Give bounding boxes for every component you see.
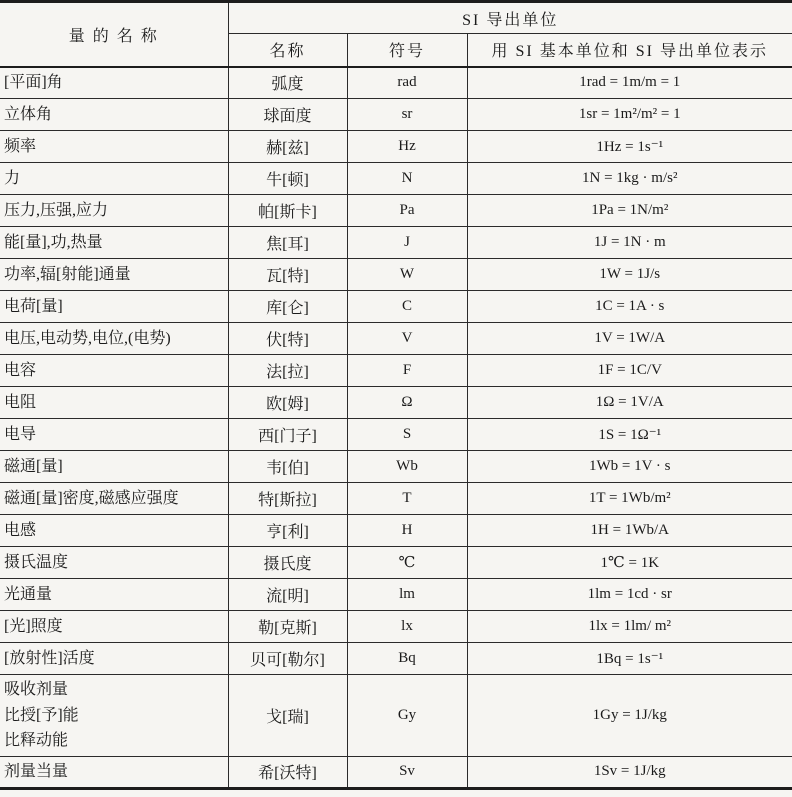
table-row: 频率 赫[兹] Hz 1Hz = 1s⁻¹ (0, 131, 792, 163)
unit-name-cell: 戈[瑞] (228, 675, 347, 757)
unit-expression-cell: 1W = 1J/s (467, 259, 792, 291)
scanned-page: 量 的 名 称 SI 导出单位 名称 符号 用 SI 基本单位和 SI 导出单位… (0, 0, 792, 797)
quantity-name-cell: 频率 (0, 131, 228, 163)
unit-symbol-cell: Wb (347, 451, 467, 483)
unit-symbol-cell: H (347, 515, 467, 547)
unit-symbol-cell: Ω (347, 387, 467, 419)
table-row: 磁通[量] 韦[伯] Wb 1Wb = 1V · s (0, 451, 792, 483)
si-derived-units-table: 量 的 名 称 SI 导出单位 名称 符号 用 SI 基本单位和 SI 导出单位… (0, 0, 792, 790)
quantity-name-cell: 磁通[量]密度,磁感应强度 (0, 483, 228, 515)
unit-expression-cell: 1C = 1A · s (467, 291, 792, 323)
table-row: 摄氏温度 摄氏度 ℃ 1℃ = 1K (0, 547, 792, 579)
header-unit-symbol: 符号 (347, 34, 467, 67)
header-unit-name: 名称 (228, 34, 347, 67)
unit-symbol-cell: lx (347, 611, 467, 643)
unit-name-cell: 弧度 (228, 67, 347, 99)
quantity-name-cell: [光]照度 (0, 611, 228, 643)
unit-symbol-cell: ℃ (347, 547, 467, 579)
unit-name-cell: 流[明] (228, 579, 347, 611)
table-row: 能[量],功,热量 焦[耳] J 1J = 1N · m (0, 227, 792, 259)
quantity-name-cell: 剂量当量 (0, 756, 228, 788)
unit-expression-cell: 1℃ = 1K (467, 547, 792, 579)
table-row: 电容 法[拉] F 1F = 1C/V (0, 355, 792, 387)
table-row: [平面]角 弧度 rad 1rad = 1m/m = 1 (0, 67, 792, 99)
unit-symbol-cell: V (347, 323, 467, 355)
unit-name-cell: 赫[兹] (228, 131, 347, 163)
unit-name-cell: 西[门子] (228, 419, 347, 451)
table-row: [放射性]活度 贝可[勒尔] Bq 1Bq = 1s⁻¹ (0, 643, 792, 675)
unit-name-cell: 贝可[勒尔] (228, 643, 347, 675)
unit-symbol-cell: rad (347, 67, 467, 99)
quantity-name-cell: 电感 (0, 515, 228, 547)
unit-expression-cell: 1J = 1N · m (467, 227, 792, 259)
unit-symbol-cell: C (347, 291, 467, 323)
unit-name-cell: 瓦[特] (228, 259, 347, 291)
unit-name-cell: 亨[利] (228, 515, 347, 547)
header-si-derived-units-group: SI 导出单位 (228, 2, 792, 34)
table-row: 电压,电动势,电位,(电势) 伏[特] V 1V = 1W/A (0, 323, 792, 355)
unit-expression-cell: 1Hz = 1s⁻¹ (467, 131, 792, 163)
unit-symbol-cell: Gy (347, 675, 467, 757)
unit-expression-cell: 1Pa = 1N/m² (467, 195, 792, 227)
unit-name-cell: 牛[顿] (228, 163, 347, 195)
unit-symbol-cell: J (347, 227, 467, 259)
header-group-row: 量 的 名 称 SI 导出单位 (0, 2, 792, 34)
table-body: [平面]角 弧度 rad 1rad = 1m/m = 1 立体角 球面度 sr … (0, 67, 792, 789)
unit-expression-cell: 1Ω = 1V/A (467, 387, 792, 419)
quantity-name-cell: 电荷[量] (0, 291, 228, 323)
unit-symbol-cell: lm (347, 579, 467, 611)
unit-symbol-cell: N (347, 163, 467, 195)
unit-expression-cell: 1Gy = 1J/kg (467, 675, 792, 757)
unit-name-cell: 伏[特] (228, 323, 347, 355)
unit-expression-cell: 1H = 1Wb/A (467, 515, 792, 547)
unit-expression-cell: 1T = 1Wb/m² (467, 483, 792, 515)
unit-symbol-cell: Bq (347, 643, 467, 675)
unit-expression-cell: 1sr = 1m²/m² = 1 (467, 99, 792, 131)
unit-symbol-cell: Pa (347, 195, 467, 227)
unit-expression-cell: 1Bq = 1s⁻¹ (467, 643, 792, 675)
quantity-name-cell: 电导 (0, 419, 228, 451)
quantity-name-cell: 功率,辐[射能]通量 (0, 259, 228, 291)
quantity-name-cell: 电容 (0, 355, 228, 387)
quantity-name-cell: 能[量],功,热量 (0, 227, 228, 259)
quantity-name-cell: 吸收剂量 比授[予]能 比释动能 (0, 675, 228, 757)
table-row: 压力,压强,应力 帕[斯卡] Pa 1Pa = 1N/m² (0, 195, 792, 227)
unit-name-cell: 摄氏度 (228, 547, 347, 579)
table-row: 功率,辐[射能]通量 瓦[特] W 1W = 1J/s (0, 259, 792, 291)
table-row: 电导 西[门子] S 1S = 1Ω⁻¹ (0, 419, 792, 451)
header-quantity-name: 量 的 名 称 (0, 2, 228, 67)
unit-symbol-cell: S (347, 419, 467, 451)
quantity-name-cell: 力 (0, 163, 228, 195)
unit-name-cell: 帕[斯卡] (228, 195, 347, 227)
unit-symbol-cell: T (347, 483, 467, 515)
table-row: 立体角 球面度 sr 1sr = 1m²/m² = 1 (0, 99, 792, 131)
unit-name-cell: 特[斯拉] (228, 483, 347, 515)
unit-symbol-cell: sr (347, 99, 467, 131)
unit-name-cell: 勒[克斯] (228, 611, 347, 643)
quantity-name-cell: 光通量 (0, 579, 228, 611)
unit-symbol-cell: Sv (347, 756, 467, 788)
unit-expression-cell: 1F = 1C/V (467, 355, 792, 387)
table-row: 磁通[量]密度,磁感应强度 特[斯拉] T 1T = 1Wb/m² (0, 483, 792, 515)
quantity-name-cell: 电压,电动势,电位,(电势) (0, 323, 228, 355)
unit-expression-cell: 1lm = 1cd · sr (467, 579, 792, 611)
table-row: [光]照度 勒[克斯] lx 1lx = 1lm/ m² (0, 611, 792, 643)
unit-name-cell: 希[沃特] (228, 756, 347, 788)
unit-name-cell: 韦[伯] (228, 451, 347, 483)
table-row: 剂量当量 希[沃特] Sv 1Sv = 1J/kg (0, 756, 792, 788)
quantity-name-cell: 电阻 (0, 387, 228, 419)
unit-expression-cell: 1rad = 1m/m = 1 (467, 67, 792, 99)
table-header: 量 的 名 称 SI 导出单位 名称 符号 用 SI 基本单位和 SI 导出单位… (0, 2, 792, 67)
unit-expression-cell: 1V = 1W/A (467, 323, 792, 355)
unit-name-cell: 欧[姆] (228, 387, 347, 419)
quantity-name-cell: [放射性]活度 (0, 643, 228, 675)
unit-expression-cell: 1lx = 1lm/ m² (467, 611, 792, 643)
unit-name-cell: 法[拉] (228, 355, 347, 387)
table-row: 电感 亨[利] H 1H = 1Wb/A (0, 515, 792, 547)
quantity-name-cell: 立体角 (0, 99, 228, 131)
unit-symbol-cell: F (347, 355, 467, 387)
table-row: 电阻 欧[姆] Ω 1Ω = 1V/A (0, 387, 792, 419)
table-row: 电荷[量] 库[仑] C 1C = 1A · s (0, 291, 792, 323)
unit-expression-cell: 1Wb = 1V · s (467, 451, 792, 483)
quantity-name-cell: 压力,压强,应力 (0, 195, 228, 227)
quantity-name-cell: 摄氏温度 (0, 547, 228, 579)
quantity-name-cell: 磁通[量] (0, 451, 228, 483)
unit-expression-cell: 1Sv = 1J/kg (467, 756, 792, 788)
header-unit-expression: 用 SI 基本单位和 SI 导出单位表示 (467, 34, 792, 67)
unit-symbol-cell: Hz (347, 131, 467, 163)
unit-expression-cell: 1S = 1Ω⁻¹ (467, 419, 792, 451)
quantity-name-cell: [平面]角 (0, 67, 228, 99)
unit-name-cell: 库[仑] (228, 291, 347, 323)
unit-expression-cell: 1N = 1kg · m/s² (467, 163, 792, 195)
unit-name-cell: 球面度 (228, 99, 347, 131)
unit-name-cell: 焦[耳] (228, 227, 347, 259)
table-row: 吸收剂量 比授[予]能 比释动能 戈[瑞] Gy 1Gy = 1J/kg (0, 675, 792, 757)
table-row: 力 牛[顿] N 1N = 1kg · m/s² (0, 163, 792, 195)
table-row: 光通量 流[明] lm 1lm = 1cd · sr (0, 579, 792, 611)
unit-symbol-cell: W (347, 259, 467, 291)
